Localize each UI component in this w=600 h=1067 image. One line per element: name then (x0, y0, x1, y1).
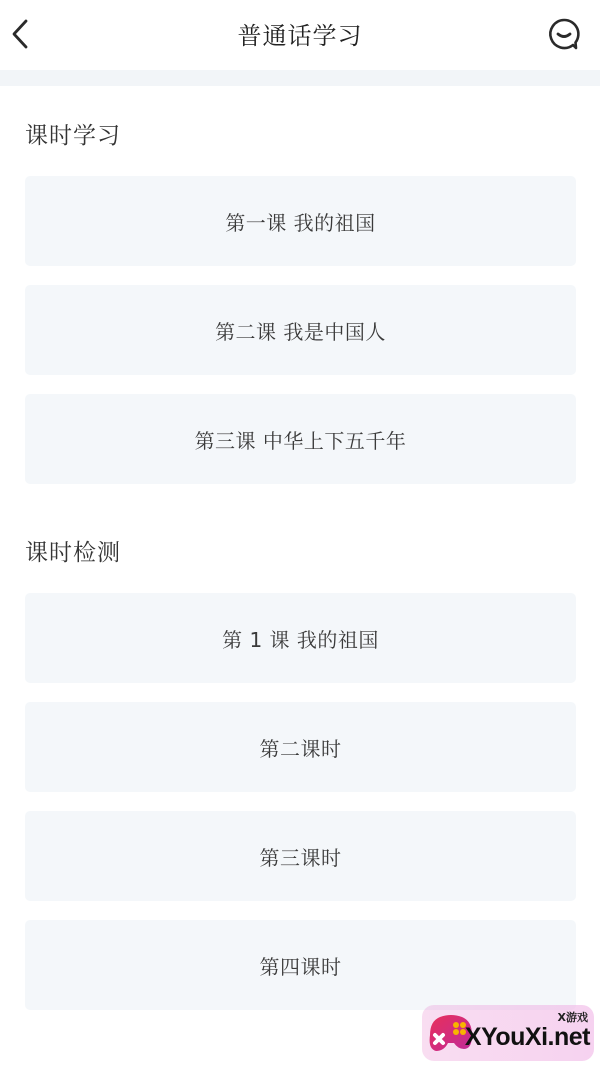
test-card-2[interactable]: 第二课时 (25, 702, 576, 792)
test-card-label: 第二课时 (260, 733, 342, 762)
test-card-label: 第三课时 (260, 842, 342, 871)
lesson-card-label: 第一课 我的祖国 (225, 207, 375, 236)
test-card-label: 第四课时 (260, 951, 342, 980)
page-title: 普通话学习 (0, 16, 600, 51)
test-card-3[interactable]: 第三课时 (25, 811, 576, 901)
lesson-card-label: 第二课 我是中国人 (215, 316, 386, 345)
lesson-card-3[interactable]: 第三课 中华上下五千年 (25, 394, 576, 484)
chat-button[interactable] (546, 16, 582, 52)
section-title-lesson-test: 课时检测 (25, 534, 121, 567)
test-card-4[interactable]: 第四课时 (25, 920, 576, 1010)
top-nav-bar: 普通话学习 (0, 0, 600, 70)
watermark-big-text: XYouXi.net (465, 1023, 590, 1052)
lesson-card-2[interactable]: 第二课 我是中国人 (25, 285, 576, 375)
test-card-1[interactable]: 第 1 课 我的祖国 (25, 593, 576, 683)
watermark: X游戏 XYouXi.net (422, 1005, 594, 1061)
chat-bubble-smile-icon (547, 17, 581, 51)
header-divider (0, 70, 600, 86)
lesson-card-1[interactable]: 第一课 我的祖国 (25, 176, 576, 266)
section-title-lesson-study: 课时学习 (25, 117, 121, 150)
test-card-label: 第 1 课 我的祖国 (222, 624, 379, 653)
lesson-card-label: 第三课 中华上下五千年 (195, 425, 407, 454)
